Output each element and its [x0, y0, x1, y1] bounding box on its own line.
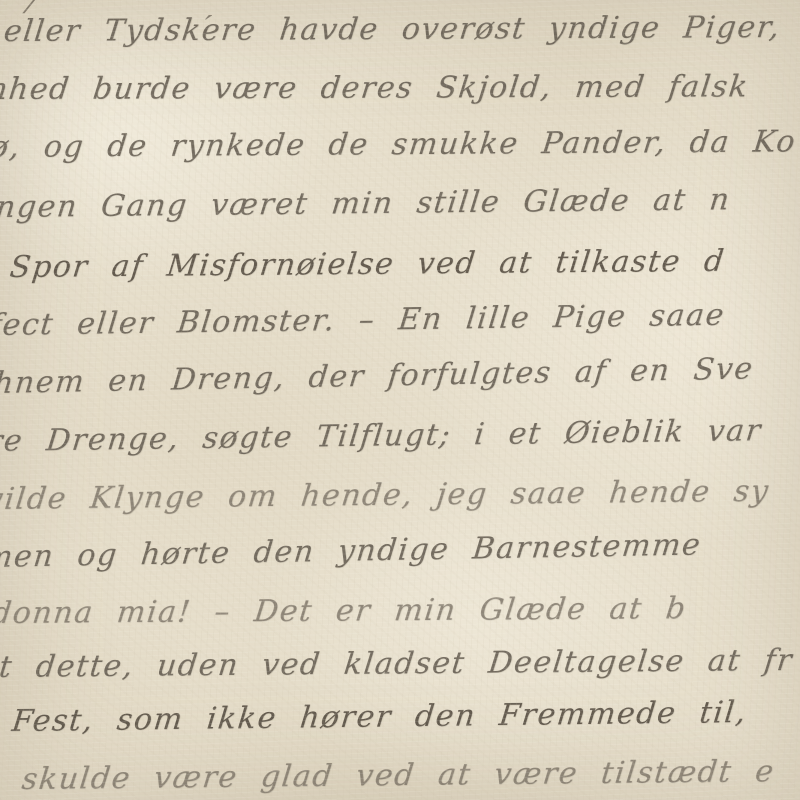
handwriting-line: fect eller Blomster. – En lille Pige saa… [0, 298, 727, 343]
handwriting-line: skulde være glad ved at være tilstædt e [20, 754, 777, 797]
handwriting-line: Spor af Misfornøielse ved at tilkaste d [8, 244, 727, 285]
manuscript-page: ⁄ ʼ ˏ ʼ eller Tydskere havde overøst ynd… [0, 0, 800, 800]
handwriting-line: Fest, som ikke hører den Fremmede til, [10, 695, 749, 739]
handwriting-line: nhed burde være deres Skjold, med falsk [0, 69, 751, 107]
handwriting-line: vilde Klynge om hende, jeg saae hende sy [0, 474, 771, 517]
handwriting-line: hnem en Dreng, der forfulgtes af en Sve [0, 351, 756, 401]
handwriting-line: donna mia! – Det er min Glæde at b [0, 591, 689, 631]
handwriting-line: re Drenge, søgte Tilflugt; i et Øieblik … [0, 413, 764, 459]
handwriting-line: lt dette, uden ved kladset Deeltagelse a… [0, 643, 795, 685]
handwriting-line: ngen Gang været min stille Glæde at n [0, 182, 732, 225]
handwriting-line: ø, og de rynkede de smukke Pander, da Ko [0, 124, 798, 165]
handwriting-line: eller Tydskere havde overøst yndige Pige… [2, 10, 783, 49]
handwriting-line: men og hørte den yndige Barnestemme [0, 527, 703, 575]
